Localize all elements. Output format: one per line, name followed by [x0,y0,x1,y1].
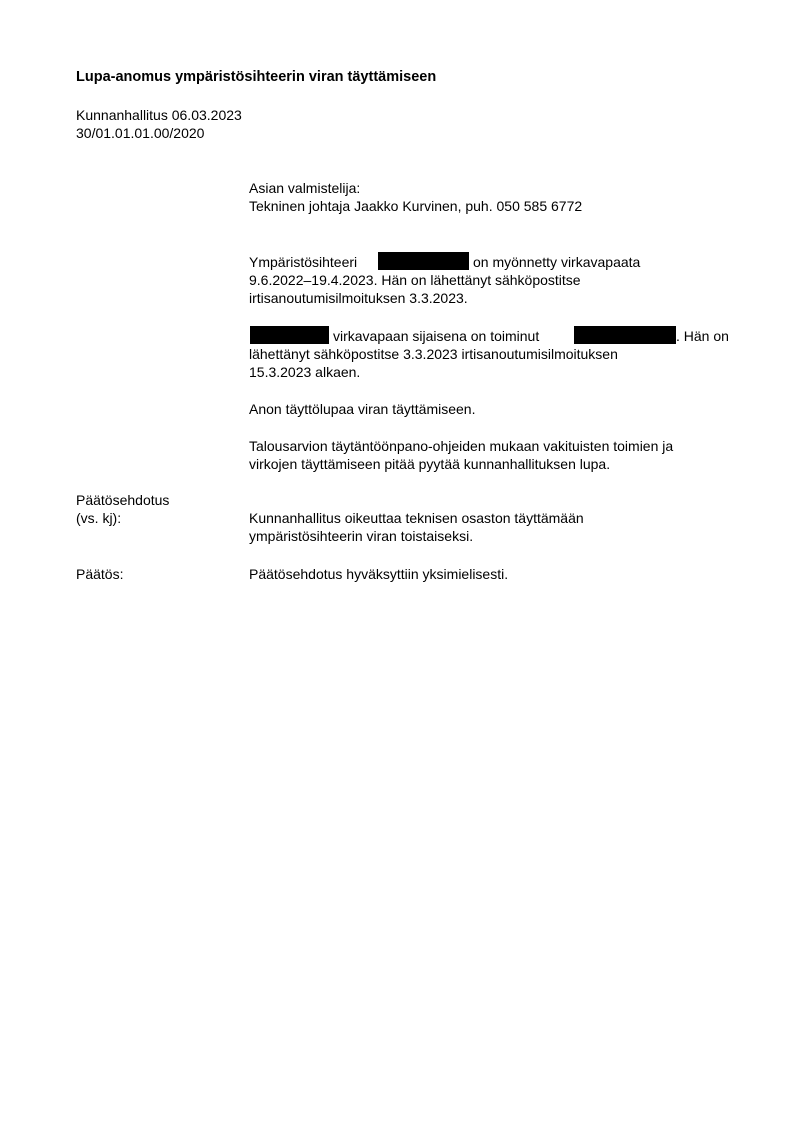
paragraph-2-text-b: . Hän on [676,327,729,345]
paragraph-1-line-1: Ympäristösihteeri [249,253,357,271]
paragraph-1-line-2: 9.6.2022–19.4.2023. Hän on lähettänyt sä… [249,271,581,289]
paragraph-2-text-a: virkavapaan sijaisena on toiminut [333,327,539,345]
paragraph-1-text-a: Ympäristösihteeri [249,254,357,270]
preparer: Tekninen johtaja Jaakko Kurvinen, puh. 0… [249,197,582,215]
preparer-label: Asian valmistelija: [249,179,360,197]
paragraph-1-text-b: on myönnetty virkavapaata [473,253,640,271]
document-title: Lupa-anomus ympäristösihteerin viran täy… [76,68,436,86]
proposal-label: Päätösehdotus [76,491,169,509]
paragraph-3: Anon täyttölupaa viran täyttämiseen. [249,400,475,418]
paragraph-2-line-2: lähettänyt sähköpostitse 3.3.2023 irtisa… [249,345,618,363]
decision-text: Päätösehdotus hyväksyttiin yksimielisest… [249,565,508,583]
paragraph-4-line-2: virkojen täyttämiseen pitää pyytää kunna… [249,455,610,473]
proposal-line-1: Kunnanhallitus oikeuttaa teknisen osasto… [249,509,584,527]
paragraph-2-line-3: 15.3.2023 alkaen. [249,363,360,381]
paragraph-4-line-1: Talousarvion täytäntöönpano-ohjeiden muk… [249,437,673,455]
decision-label: Päätös: [76,565,123,583]
redaction-box [574,326,676,344]
paragraph-1-line-3: irtisanoutumisilmoituksen 3.3.2023. [249,289,468,307]
redaction-box [378,252,469,270]
proposal-label-sub: (vs. kj): [76,509,121,527]
meeting-info: Kunnanhallitus 06.03.2023 [76,106,242,124]
proposal-line-2: ympäristösihteerin viran toistaiseksi. [249,527,473,545]
record-number: 30/01.01.01.00/2020 [76,124,204,142]
redaction-box [250,326,329,344]
